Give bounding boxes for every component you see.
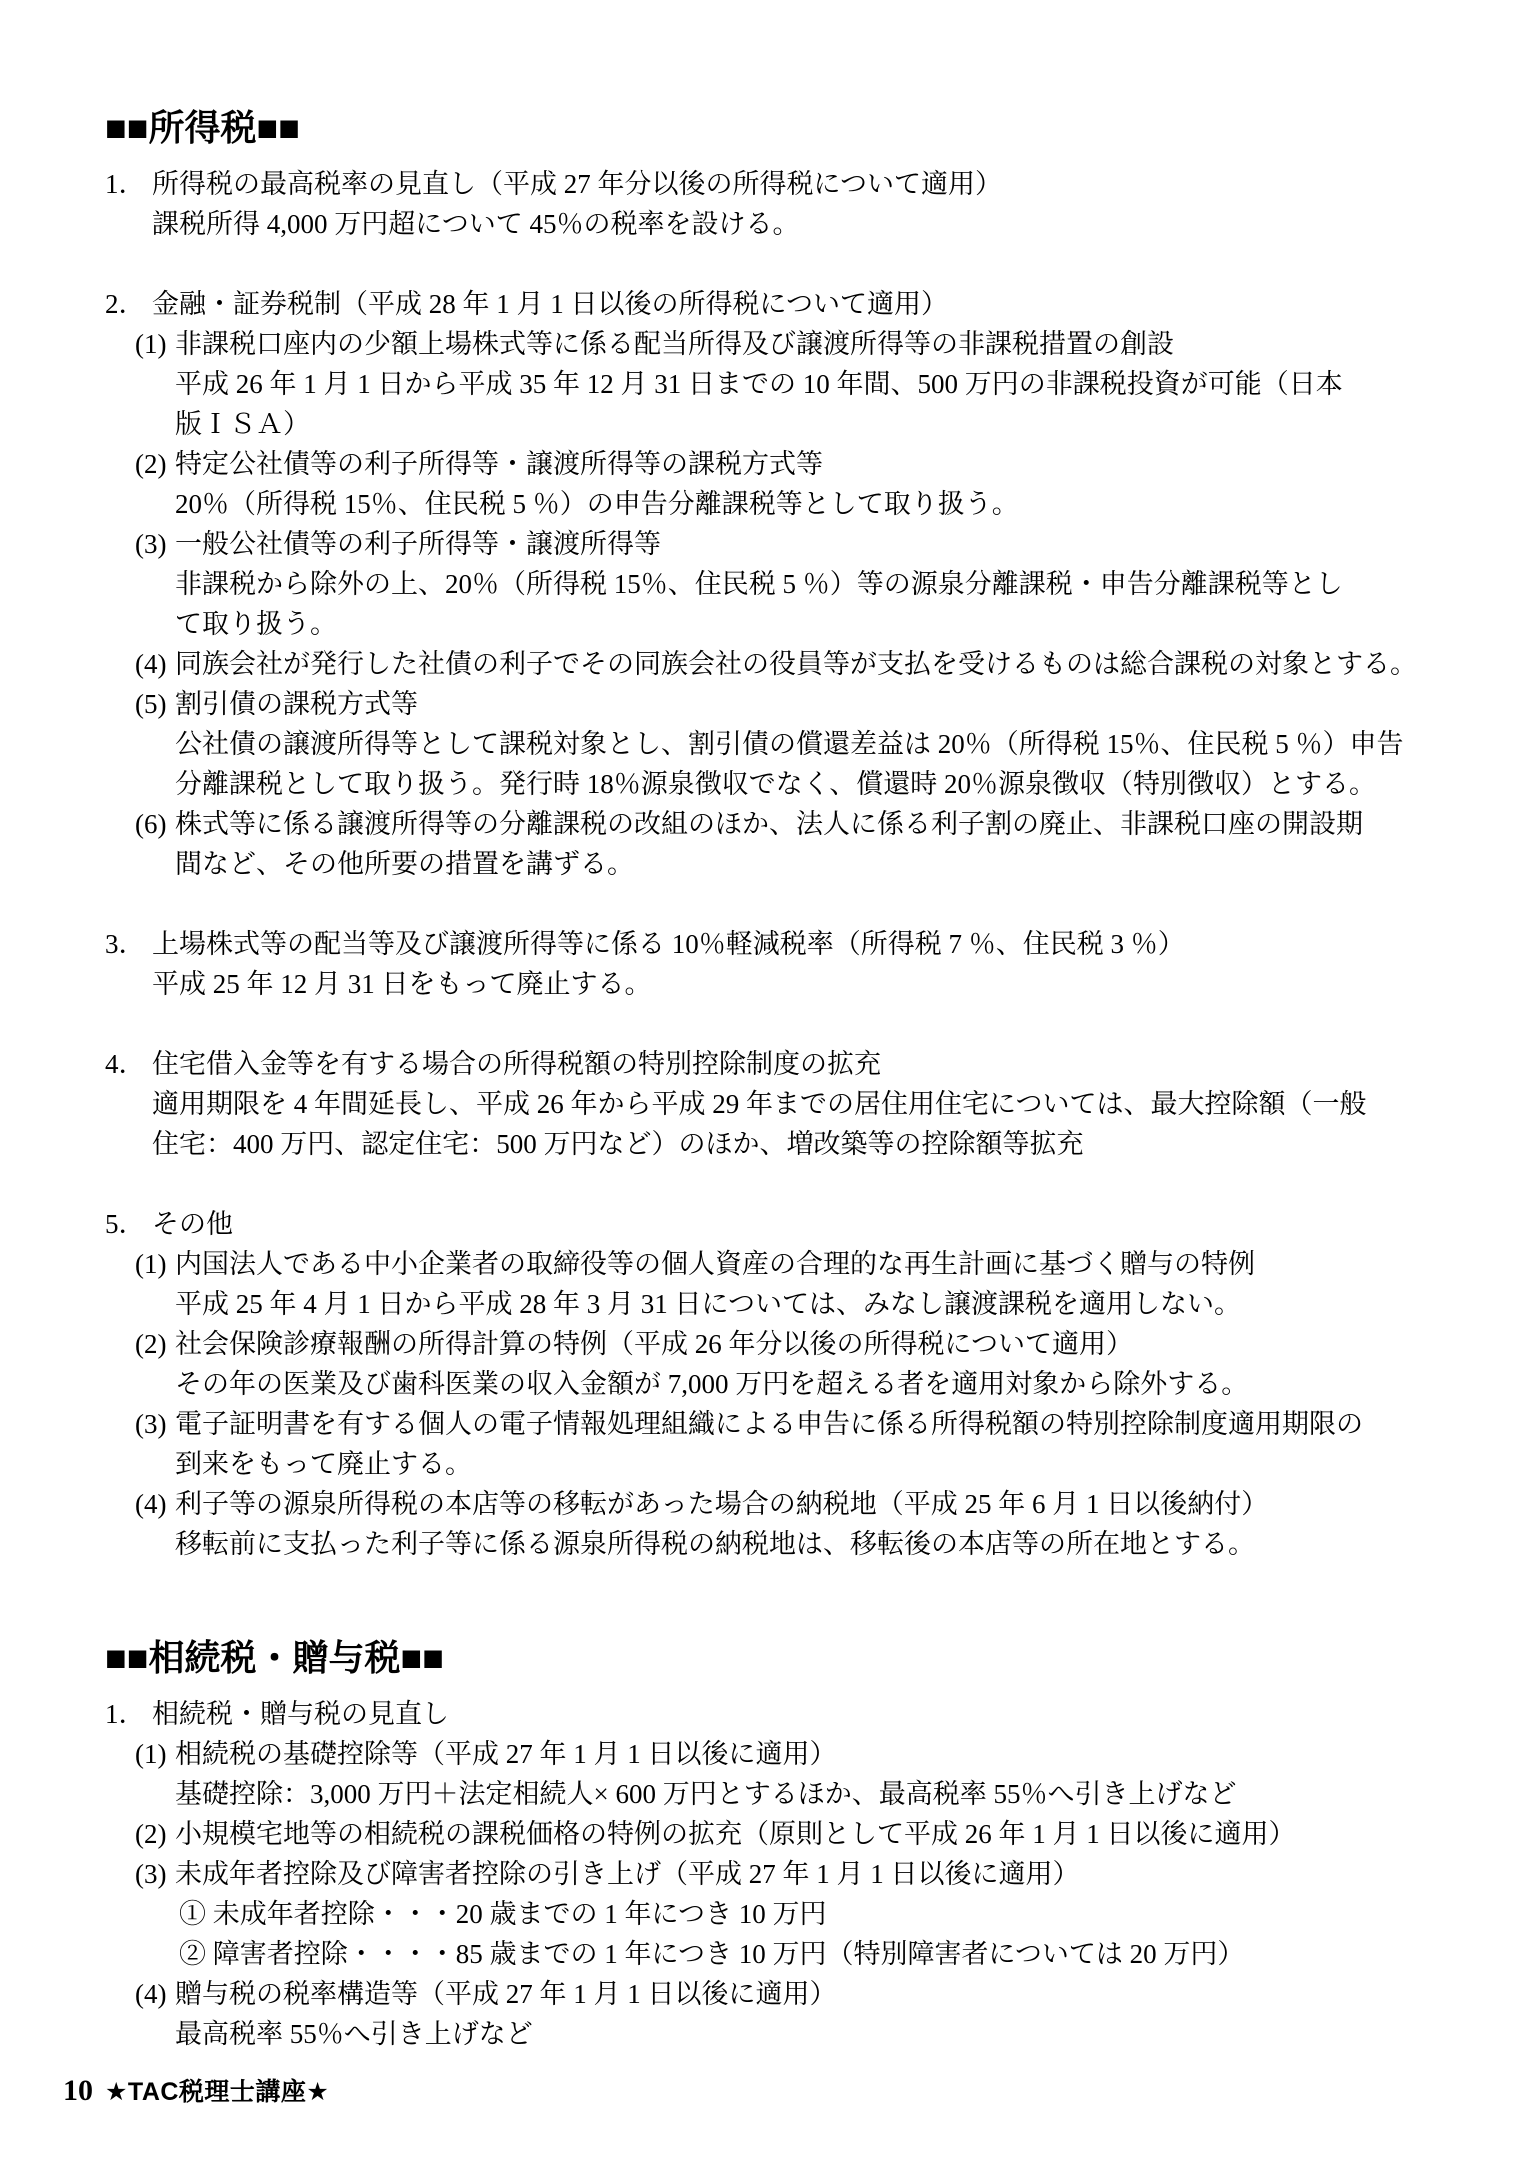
text-line: (2)特定公社債等の利子所得等・譲渡所得等の課税方式等 — [135, 444, 1470, 484]
item-number: (3) — [135, 1854, 175, 1894]
text-line: 公社債の譲渡所得等として課税対象とし、割引債の償還差益は 20％（所得税 15％… — [175, 724, 1470, 764]
item-number: (4) — [135, 644, 175, 684]
text-line: 非課税から除外の上、20％（所得税 15％、住民税 5 ％）等の源泉分離課税・申… — [175, 564, 1470, 604]
text-line: 移転前に支払った利子等に係る源泉所得税の納税地は、移転後の本店等の所在地とする。 — [175, 1524, 1470, 1564]
text-line: 間など、その他所要の措置を講ずる。 — [175, 844, 1470, 884]
line-text: 所得税の最高税率の見直し（平成 27 年分以後の所得税について適用） — [152, 169, 1002, 199]
line-text: 非課税口座内の少額上場株式等に係る配当所得及び譲渡所得等の非課税措置の創設 — [175, 329, 1174, 359]
text-line: 2．金融・証券税制（平成 28 年 1 月 1 日以後の所得税について適用） — [105, 284, 1470, 324]
text-line: (2)小規模宅地等の相続税の課税価格の特例の拡充（原則として平成 26 年 1 … — [135, 1814, 1470, 1854]
line-text: 未成年者控除及び障害者控除の引き上げ（平成 27 年 1 月 1 日以後に適用） — [175, 1859, 1080, 1889]
line-text: 到来をもって廃止する。 — [175, 1449, 472, 1479]
item-block: 5．その他(1)内国法人である中小企業者の取締役等の個人資産の合理的な再生計画に… — [105, 1204, 1470, 1564]
text-line: 平成 26 年 1 月 1 日から平成 35 年 12 月 31 日までの 10… — [175, 364, 1470, 404]
text-line: (3)未成年者控除及び障害者控除の引き上げ（平成 27 年 1 月 1 日以後に… — [135, 1854, 1470, 1894]
text-line: (4)利子等の源泉所得税の本店等の移転があった場合の納税地（平成 25 年 6 … — [135, 1484, 1470, 1524]
document-page: ■■所得税■■1．所得税の最高税率の見直し（平成 27 年分以後の所得税について… — [0, 0, 1530, 2163]
page-number: 10 — [63, 2074, 93, 2108]
text-line: 1．相続税・贈与税の見直し — [105, 1694, 1470, 1734]
line-text: 住宅：400 万円、認定住宅：500 万円など）のほか、増改築等の控除額等拡充 — [152, 1129, 1084, 1159]
item-number: (2) — [135, 1324, 175, 1364]
item-number: (2) — [135, 1814, 175, 1854]
text-line: 住宅：400 万円、認定住宅：500 万円など）のほか、増改築等の控除額等拡充 — [152, 1124, 1470, 1164]
text-line: 到来をもって廃止する。 — [175, 1444, 1470, 1484]
item-number: (1) — [135, 324, 175, 364]
item-block: 2．金融・証券税制（平成 28 年 1 月 1 日以後の所得税について適用）(1… — [105, 284, 1470, 884]
line-text: 割引債の課税方式等 — [175, 689, 418, 719]
item-block: 1．所得税の最高税率の見直し（平成 27 年分以後の所得税について適用）課税所得… — [105, 164, 1470, 244]
text-line: (3)一般公社債等の利子所得等・譲渡所得等 — [135, 524, 1470, 564]
line-text: 非課税から除外の上、20％（所得税 15％、住民税 5 ％）等の源泉分離課税・申… — [175, 569, 1343, 599]
line-text: 平成 26 年 1 月 1 日から平成 35 年 12 月 31 日までの 10… — [175, 369, 1343, 399]
line-text: 適用期限を 4 年間延長し、平成 26 年から平成 29 年までの居住用住宅につ… — [152, 1089, 1366, 1119]
text-line: (3)電子証明書を有する個人の電子情報処理組織による申告に係る所得税額の特別控除… — [135, 1404, 1470, 1444]
text-line: 最高税率 55％へ引き上げなど — [175, 2014, 1470, 2054]
item-block: 3．上場株式等の配当等及び譲渡所得等に係る 10％軽減税率（所得税 7 ％、住民… — [105, 924, 1470, 1004]
item-number: (1) — [135, 1734, 175, 1774]
text-line: て取り扱う。 — [175, 604, 1470, 644]
line-text: ① 未成年者控除・・・20 歳までの 1 年につき 10 万円 — [179, 1899, 826, 1929]
line-text: 20％（所得税 15％、住民税 5 ％）の申告分離課税等として取り扱う。 — [175, 489, 1019, 519]
text-line: (2)社会保険診療報酬の所得計算の特例（平成 26 年分以後の所得税について適用… — [135, 1324, 1470, 1364]
line-text: 移転前に支払った利子等に係る源泉所得税の納税地は、移転後の本店等の所在地とする。 — [175, 1529, 1255, 1559]
item-number: 2． — [105, 284, 152, 324]
line-text: 上場株式等の配当等及び譲渡所得等に係る 10％軽減税率（所得税 7 ％、住民税 … — [152, 929, 1185, 959]
item-number: (3) — [135, 524, 175, 564]
item-number: 4． — [105, 1044, 152, 1084]
line-text: ② 障害者控除・・・・85 歳までの 1 年につき 10 万円（特別障害者につい… — [179, 1939, 1244, 1969]
text-line: (1)相続税の基礎控除等（平成 27 年 1 月 1 日以後に適用） — [135, 1734, 1470, 1774]
line-text: 同族会社が発行した社債の利子でその同族会社の役員等が支払を受けるものは総合課税の… — [175, 649, 1417, 679]
line-text: 内国法人である中小企業者の取締役等の個人資産の合理的な再生計画に基づく贈与の特例 — [175, 1249, 1255, 1279]
text-line: 平成 25 年 12 月 31 日をもって廃止する。 — [152, 964, 1470, 1004]
line-text: 版ＩＳＡ） — [175, 409, 310, 439]
item-number: (4) — [135, 1974, 175, 2014]
line-text: その他 — [152, 1209, 233, 1239]
text-line: 分離課税として取り扱う。発行時 18％源泉徴収でなく、償還時 20％源泉徴収（特… — [175, 764, 1470, 804]
page-footer: 10 ★TAC税理士講座★ — [63, 2072, 329, 2108]
item-number: 5． — [105, 1204, 152, 1244]
text-line: 適用期限を 4 年間延長し、平成 26 年から平成 29 年までの居住用住宅につ… — [152, 1084, 1470, 1124]
line-text: 電子証明書を有する個人の電子情報処理組織による申告に係る所得税額の特別控除制度適… — [175, 1409, 1363, 1439]
line-text: 利子等の源泉所得税の本店等の移転があった場合の納税地（平成 25 年 6 月 1… — [175, 1489, 1268, 1519]
text-line: (4)同族会社が発行した社債の利子でその同族会社の役員等が支払を受けるものは総合… — [135, 644, 1470, 684]
text-line: 3．上場株式等の配当等及び譲渡所得等に係る 10％軽減税率（所得税 7 ％、住民… — [105, 924, 1470, 964]
text-line: (1)内国法人である中小企業者の取締役等の個人資産の合理的な再生計画に基づく贈与… — [135, 1244, 1470, 1284]
text-line: 版ＩＳＡ） — [175, 404, 1470, 444]
section-heading: ■■相続税・贈与税■■ — [105, 1636, 1470, 1680]
text-line: 基礎控除：3,000 万円＋法定相続人× 600 万円とするほか、最高税率 55… — [175, 1774, 1470, 1814]
item-number: (6) — [135, 804, 175, 844]
line-text: 株式等に係る譲渡所得等の分離課税の改組のほか、法人に係る利子割の廃止、非課税口座… — [175, 809, 1363, 839]
text-line: (1)非課税口座内の少額上場株式等に係る配当所得及び譲渡所得等の非課税措置の創設 — [135, 324, 1470, 364]
line-text: 特定公社債等の利子所得等・譲渡所得等の課税方式等 — [175, 449, 823, 479]
line-text: 課税所得 4,000 万円超について 45％の税率を設ける。 — [152, 209, 799, 239]
text-line: 20％（所得税 15％、住民税 5 ％）の申告分離課税等として取り扱う。 — [175, 484, 1470, 524]
text-line: 課税所得 4,000 万円超について 45％の税率を設ける。 — [152, 204, 1470, 244]
line-text: 相続税・贈与税の見直し — [152, 1699, 449, 1729]
line-text: 間など、その他所要の措置を講ずる。 — [175, 849, 634, 879]
line-text: 平成 25 年 12 月 31 日をもって廃止する。 — [152, 969, 652, 999]
line-text: その年の医業及び歯科医業の収入金額が 7,000 万円を超える者を適用対象から除… — [175, 1369, 1248, 1399]
line-text: 基礎控除：3,000 万円＋法定相続人× 600 万円とするほか、最高税率 55… — [175, 1779, 1236, 1809]
text-line: 1．所得税の最高税率の見直し（平成 27 年分以後の所得税について適用） — [105, 164, 1470, 204]
line-text: 公社債の譲渡所得等として課税対象とし、割引債の償還差益は 20％（所得税 15％… — [175, 729, 1404, 759]
text-line: 4．住宅借入金等を有する場合の所得税額の特別控除制度の拡充 — [105, 1044, 1470, 1084]
line-text: て取り扱う。 — [175, 609, 337, 639]
text-line: 平成 25 年 4 月 1 日から平成 28 年 3 月 31 日については、み… — [175, 1284, 1470, 1324]
item-number: (2) — [135, 444, 175, 484]
line-text: 相続税の基礎控除等（平成 27 年 1 月 1 日以後に適用） — [175, 1739, 837, 1769]
line-text: 社会保険診療報酬の所得計算の特例（平成 26 年分以後の所得税について適用） — [175, 1329, 1133, 1359]
text-line: (6)株式等に係る譲渡所得等の分離課税の改組のほか、法人に係る利子割の廃止、非課… — [135, 804, 1470, 844]
text-line: (4)贈与税の税率構造等（平成 27 年 1 月 1 日以後に適用） — [135, 1974, 1470, 2014]
line-text: 一般公社債等の利子所得等・譲渡所得等 — [175, 529, 661, 559]
section-heading: ■■所得税■■ — [105, 106, 1470, 150]
item-number: 1． — [105, 164, 152, 204]
item-number: (4) — [135, 1484, 175, 1524]
text-line: 5．その他 — [105, 1204, 1470, 1244]
item-block: 4．住宅借入金等を有する場合の所得税額の特別控除制度の拡充適用期限を 4 年間延… — [105, 1044, 1470, 1164]
item-number: (5) — [135, 684, 175, 724]
text-line: (5)割引債の課税方式等 — [135, 684, 1470, 724]
line-text: 小規模宅地等の相続税の課税価格の特例の拡充（原則として平成 26 年 1 月 1… — [175, 1819, 1296, 1849]
document-content: ■■所得税■■1．所得税の最高税率の見直し（平成 27 年分以後の所得税について… — [0, 0, 1530, 2054]
line-text: 分離課税として取り扱う。発行時 18％源泉徴収でなく、償還時 20％源泉徴収（特… — [175, 769, 1376, 799]
course-label: ★TAC税理士講座★ — [105, 2072, 329, 2108]
line-text: 平成 25 年 4 月 1 日から平成 28 年 3 月 31 日については、み… — [175, 1289, 1241, 1319]
item-number: (3) — [135, 1404, 175, 1444]
line-text: 贈与税の税率構造等（平成 27 年 1 月 1 日以後に適用） — [175, 1979, 837, 2009]
item-block: 1．相続税・贈与税の見直し(1)相続税の基礎控除等（平成 27 年 1 月 1 … — [105, 1694, 1470, 2054]
text-line: ① 未成年者控除・・・20 歳までの 1 年につき 10 万円 — [179, 1894, 1470, 1934]
item-number: 3． — [105, 924, 152, 964]
line-text: 金融・証券税制（平成 28 年 1 月 1 日以後の所得税について適用） — [152, 289, 948, 319]
text-line: その年の医業及び歯科医業の収入金額が 7,000 万円を超える者を適用対象から除… — [175, 1364, 1470, 1404]
line-text: 最高税率 55％へ引き上げなど — [175, 2019, 533, 2049]
line-text: 住宅借入金等を有する場合の所得税額の特別控除制度の拡充 — [152, 1049, 881, 1079]
text-line: ② 障害者控除・・・・85 歳までの 1 年につき 10 万円（特別障害者につい… — [179, 1934, 1470, 1974]
item-number: 1． — [105, 1694, 152, 1734]
item-number: (1) — [135, 1244, 175, 1284]
